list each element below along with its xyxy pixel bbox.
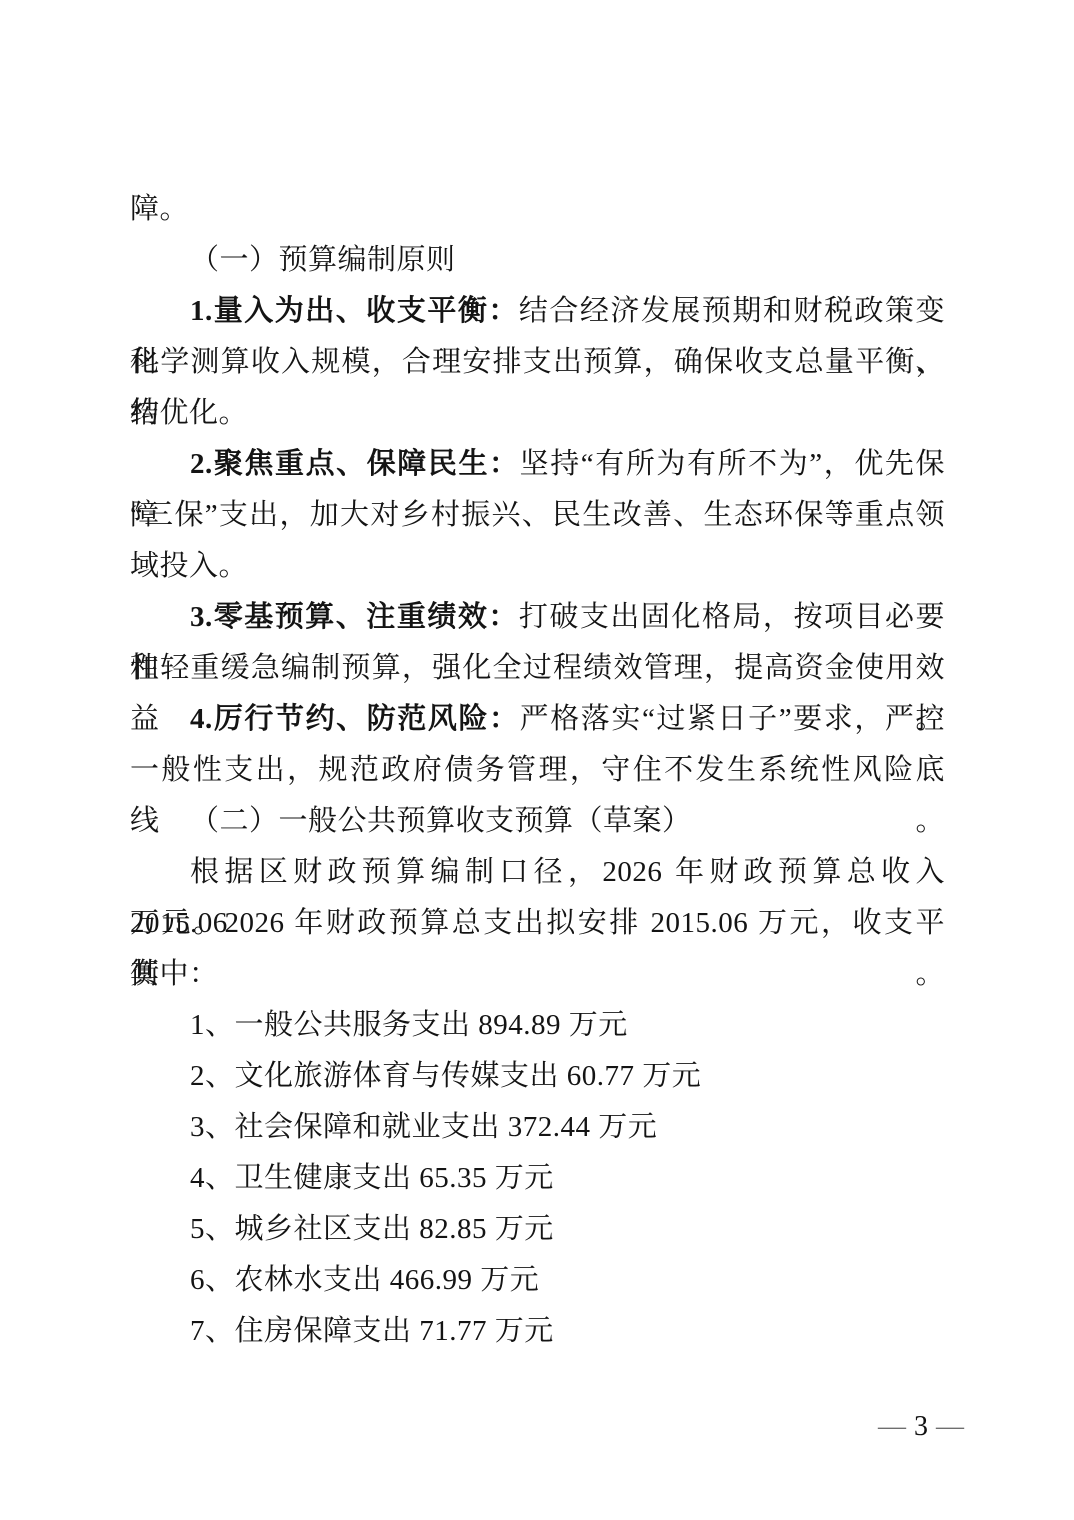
text-line: 障。 <box>130 184 945 235</box>
text-line: （一）预算编制原则 <box>130 235 945 286</box>
text-line: 3.零基预算、注重绩效：打破支出固化格局，按项目必要性 <box>130 592 945 643</box>
text-run-bold: 3.零基预算、注重绩效： <box>190 601 519 633</box>
text-run: 其中： <box>130 958 219 990</box>
text-run: 5、城乡社区支出 82.85 万元 <box>190 1213 554 1245</box>
text-line: 根据区财政预算编制口径，2026 年财政预算总收入 2015.06 <box>130 847 945 898</box>
text-line: 5、城乡社区支出 82.85 万元 <box>130 1204 945 1255</box>
text-run-bold: 1.量入为出、收支平衡： <box>190 295 519 327</box>
text-run-bold: 4.厉行节约、防范风险： <box>190 703 520 735</box>
text-line: 和轻重缓急编制预算，强化全过程绩效管理，提高资金使用效益。 <box>130 643 945 694</box>
text-line: 一般性支出，规范政府债务管理，守住不发生系统性风险底线。 <box>130 745 945 796</box>
text-line: 3、社会保障和就业支出 372.44 万元 <box>130 1102 945 1153</box>
text-run: “三保”支出，加大对乡村振兴、民生改善、生态环保等重点领 <box>130 499 945 531</box>
text-run: 4、卫生健康支出 65.35 万元 <box>190 1162 554 1194</box>
text-run: 域投入。 <box>130 550 248 582</box>
text-run: （一）预算编制原则 <box>190 244 456 276</box>
document-page: 障。（一）预算编制原则1.量入为出、收支平衡：结合经济发展预期和财税政策变化，科… <box>0 0 1074 1520</box>
text-line: 2、文化旅游体育与传媒支出 60.77 万元 <box>130 1051 945 1102</box>
text-line: 构优化。 <box>130 388 945 439</box>
text-run: （二）一般公共预算收支预算（草案） <box>190 805 692 837</box>
text-run: 1、一般公共服务支出 894.89 万元 <box>190 1009 628 1041</box>
text-run: 构优化。 <box>130 397 248 429</box>
text-line: 6、农林水支出 466.99 万元 <box>130 1255 945 1306</box>
page-number-dash-left: — <box>872 1411 914 1442</box>
text-line: 2.聚焦重点、保障民生：坚持“有所为有所不为”，优先保障 <box>130 439 945 490</box>
text-line: 万元。2026 年财政预算总支出拟安排 2015.06 万元，收支平衡。 <box>130 898 945 949</box>
text-run: 严格落实“过紧日子”要求，严控 <box>520 703 945 735</box>
text-line: 4.厉行节约、防范风险：严格落实“过紧日子”要求，严控 <box>130 694 945 745</box>
page-number-value: 3 <box>914 1411 930 1442</box>
text-line: 1、一般公共服务支出 894.89 万元 <box>130 1000 945 1051</box>
text-line: “三保”支出，加大对乡村振兴、民生改善、生态环保等重点领 <box>130 490 945 541</box>
text-run-bold: 2.聚焦重点、保障民生： <box>190 448 520 480</box>
document-body: 障。（一）预算编制原则1.量入为出、收支平衡：结合经济发展预期和财税政策变化，科… <box>130 184 945 1357</box>
page-number-dash-right: — <box>930 1411 972 1442</box>
page-number: —3— <box>872 1410 972 1444</box>
text-run: 3、社会保障和就业支出 372.44 万元 <box>190 1111 657 1143</box>
text-run: 7、住房保障支出 71.77 万元 <box>190 1315 554 1347</box>
text-run: 障。 <box>130 193 189 225</box>
text-line: 4、卫生健康支出 65.35 万元 <box>130 1153 945 1204</box>
text-line: 域投入。 <box>130 541 945 592</box>
text-line: 7、住房保障支出 71.77 万元 <box>130 1306 945 1357</box>
text-run: 2、文化旅游体育与传媒支出 60.77 万元 <box>190 1060 701 1092</box>
text-run: 6、农林水支出 466.99 万元 <box>190 1264 539 1296</box>
text-line: 1.量入为出、收支平衡：结合经济发展预期和财税政策变化， <box>130 286 945 337</box>
text-line: 科学测算收入规模，合理安排支出预算，确保收支总量平衡、结 <box>130 337 945 388</box>
text-run: 万元。2026 年财政预算总支出拟安排 2015.06 万元，收支平衡。 <box>130 907 945 990</box>
